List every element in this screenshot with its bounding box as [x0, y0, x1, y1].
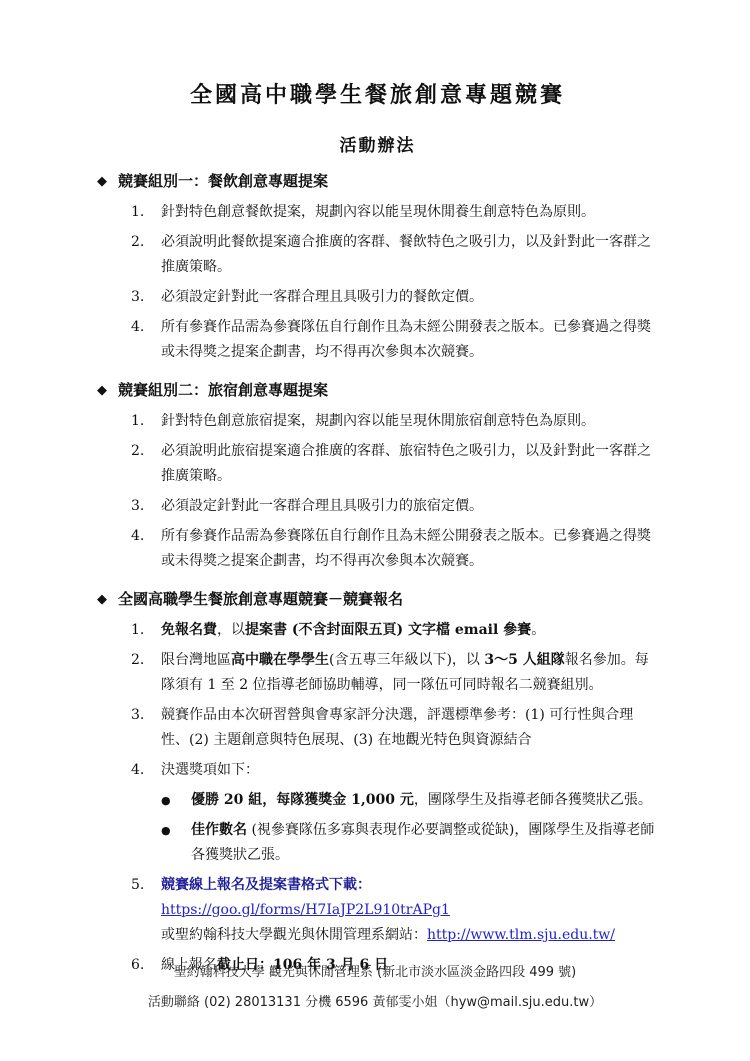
list-item-text: 優勝 20 組，每隊獲獎金 1,000 元，團隊學生及指導老師各獲獎狀乙張。 — [191, 788, 658, 813]
department-website-link[interactable]: http://www.tlm.sju.edu.tw/ — [427, 927, 615, 943]
plain-text: 或聖約翰科技大學觀光與休閒管理系網站： — [161, 927, 427, 943]
bold-text: 佳作數名 — [191, 822, 247, 838]
plain-text: (含五專三年級以下)，以 — [329, 652, 484, 668]
list-item: 5. 競賽線上報名及提案書格式下載：https://goo.gl/forms/H… — [97, 873, 658, 948]
section2-heading-row: ◆ 競賽組別二：旅宿創意專題提案 — [97, 378, 658, 403]
section3-heading-row: ◆ 全國高職學生餐旅創意專題競賽－競賽報名 — [97, 587, 658, 612]
diamond-bullet-icon: ◆ — [97, 587, 107, 612]
bullet-dot-icon: ● — [161, 818, 191, 868]
bold-text: 高中職在學學生 — [231, 652, 329, 668]
list-item: 2. 必須說明此餐飲提案適合推廣的客群、餐飲特色之吸引力，以及針對此一客群之推廣… — [97, 230, 658, 280]
list-item-number: 5. — [131, 873, 161, 948]
section1-heading: 競賽組別一：餐飲創意專題提案 — [118, 169, 328, 194]
list-item: 2. 必須說明此旅宿提案適合推廣的客群、旅宿特色之吸引力，以及針對此一客群之推廣… — [97, 439, 658, 489]
list-item-text: 必須設定針對此一客群合理且具吸引力的餐飲定價。 — [161, 285, 658, 310]
list-item-text: 必須說明此餐飲提案適合推廣的客群、餐飲特色之吸引力，以及針對此一客群之推廣策略。 — [161, 230, 658, 280]
list-item-text: 佳作數名 (視參賽隊伍多寡與表現作必要調整或從缺)，團隊學生及指導老師各獲獎狀乙… — [191, 818, 658, 868]
list-item-text: 所有參賽作品需為參賽隊伍自行創作且為未經公開發表之版本。已參賽過之得獎或未得獎之… — [161, 315, 658, 365]
list-item-number: 4. — [131, 315, 161, 365]
list-item: 3. 競賽作品由本次研習營與會專家評分決選，評選標準參考：(1) 可行性與合理性… — [97, 703, 658, 753]
list-item-number: 1. — [131, 200, 161, 225]
list-item: 2. 限台灣地區高中職在學學生(含五專三年級以下)，以 3～5 人組隊報名參加。… — [97, 648, 658, 698]
award-bullet-item: ● 優勝 20 組，每隊獲獎金 1,000 元，團隊學生及指導老師各獲獎狀乙張。 — [97, 788, 658, 813]
page-title: 全國高中職學生餐旅創意專題競賽 — [97, 78, 658, 109]
bold-text: 提案書 (不含封面限五頁) 文字檔 email 參賽 — [245, 622, 531, 638]
list-item: 4. 所有參賽作品需為參賽隊伍自行創作且為未經公開發表之版本。已參賽過之得獎或未… — [97, 315, 658, 365]
list-item-text: 競賽作品由本次研習營與會專家評分決選，評選標準參考：(1) 可行性與合理性、(2… — [161, 703, 658, 753]
list-item-number: 2. — [131, 439, 161, 489]
list-item: 1. 免報名費，以提案書 (不含封面限五頁) 文字檔 email 參賽。 — [97, 618, 658, 643]
footer-address-line: 聖約翰科技大學 觀光與休閒管理系 (新北市淡水區淡金路四段 499 號) — [0, 958, 750, 988]
bold-text: 優勝 20 組，每隊獲獎金 1,000 元 — [191, 792, 414, 808]
plain-text: ，以 — [217, 622, 245, 638]
list-item-text: 免報名費，以提案書 (不含封面限五頁) 文字檔 email 參賽。 — [161, 618, 658, 643]
list-item-text: 所有參賽作品需為參賽隊伍自行創作且為未經公開發表之版本。已參賽過之得獎或未得獎之… — [161, 524, 658, 574]
section-group-3: ◆ 全國高職學生餐旅創意專題競賽－競賽報名 1. 免報名費，以提案書 (不含封面… — [97, 587, 658, 978]
list-item: 1. 針對特色創意旅宿提案，規劃內容以能呈現休閒旅宿創意特色為原則。 — [97, 409, 658, 434]
list-item: 3. 必須設定針對此一客群合理且具吸引力的餐飲定價。 — [97, 285, 658, 310]
bold-text: 3～5 人組隊 — [484, 652, 564, 668]
list-item: 1. 針對特色創意餐飲提案，規劃內容以能呈現休閒養生創意特色為原則。 — [97, 200, 658, 225]
page-subtitle: 活動辦法 — [97, 131, 658, 156]
section1-heading-row: ◆ 競賽組別一：餐飲創意專題提案 — [97, 169, 658, 194]
list-item-number: 3. — [131, 494, 161, 519]
page-footer: 聖約翰科技大學 觀光與休閒管理系 (新北市淡水區淡金路四段 499 號) 活動聯… — [0, 958, 750, 1018]
list-item-text: 決選獎項如下： — [161, 758, 658, 783]
list-item-number: 1. — [131, 618, 161, 643]
diamond-bullet-icon: ◆ — [97, 378, 107, 403]
section-group-1: ◆ 競賽組別一：餐飲創意專題提案 1. 針對特色創意餐飲提案，規劃內容以能呈現休… — [97, 169, 658, 365]
plain-text: 限台灣地區 — [161, 652, 231, 668]
list-item: 4. 所有參賽作品需為參賽隊伍自行創作且為未經公開發表之版本。已參賽過之得獎或未… — [97, 524, 658, 574]
list-item-text: 必須設定針對此一客群合理且具吸引力的旅宿定價。 — [161, 494, 658, 519]
diamond-bullet-icon: ◆ — [97, 169, 107, 194]
list-item-text: 競賽線上報名及提案書格式下載：https://goo.gl/forms/H7Ia… — [161, 873, 658, 948]
list-item: 3. 必須設定針對此一客群合理且具吸引力的旅宿定價。 — [97, 494, 658, 519]
bold-text: 免報名費 — [161, 622, 217, 638]
bullet-dot-icon: ● — [161, 788, 191, 813]
list-item-number: 2. — [131, 648, 161, 698]
list-item-number: 3. — [131, 285, 161, 310]
plain-text: ，團隊學生及指導老師各獲獎狀乙張。 — [414, 792, 652, 808]
section2-heading: 競賽組別二：旅宿創意專題提案 — [118, 378, 328, 403]
plain-text: (視參賽隊伍多寡與表現作必要調整或從缺)，團隊學生及指導老師各獲獎狀乙張。 — [191, 822, 654, 863]
list-item-number: 1. — [131, 409, 161, 434]
registration-form-link[interactable]: https://goo.gl/forms/H7IaJP2L910trAPg1 — [161, 902, 450, 918]
list-item-number: 3. — [131, 703, 161, 753]
list-item-text: 針對特色創意餐飲提案，規劃內容以能呈現休閒養生創意特色為原則。 — [161, 200, 658, 225]
download-label: 競賽線上報名及提案書格式下載： — [161, 877, 371, 893]
section3-heading: 全國高職學生餐旅創意專題競賽－競賽報名 — [118, 587, 403, 612]
document-page: 全國高中職學生餐旅創意專題競賽 活動辦法 ◆ 競賽組別一：餐飲創意專題提案 1.… — [0, 78, 750, 978]
section-group-2: ◆ 競賽組別二：旅宿創意專題提案 1. 針對特色創意旅宿提案，規劃內容以能呈現休… — [97, 378, 658, 574]
list-item-number: 2. — [131, 230, 161, 280]
list-item-number: 4. — [131, 524, 161, 574]
plain-text: 。 — [531, 622, 545, 638]
list-item-text: 必須說明此旅宿提案適合推廣的客群、旅宿特色之吸引力，以及針對此一客群之推廣策略。 — [161, 439, 658, 489]
list-item-number: 4. — [131, 758, 161, 783]
list-item-text: 限台灣地區高中職在學學生(含五專三年級以下)，以 3～5 人組隊報名參加。每隊須… — [161, 648, 658, 698]
list-item: 4. 決選獎項如下： — [97, 758, 658, 783]
award-bullet-item: ● 佳作數名 (視參賽隊伍多寡與表現作必要調整或從缺)，團隊學生及指導老師各獲獎… — [97, 818, 658, 868]
footer-contact-line: 活動聯絡 (02) 28013131 分機 6596 黃郁雯小姐（hyw@mai… — [0, 988, 750, 1018]
list-item-text: 針對特色創意旅宿提案，規劃內容以能呈現休閒旅宿創意特色為原則。 — [161, 409, 658, 434]
